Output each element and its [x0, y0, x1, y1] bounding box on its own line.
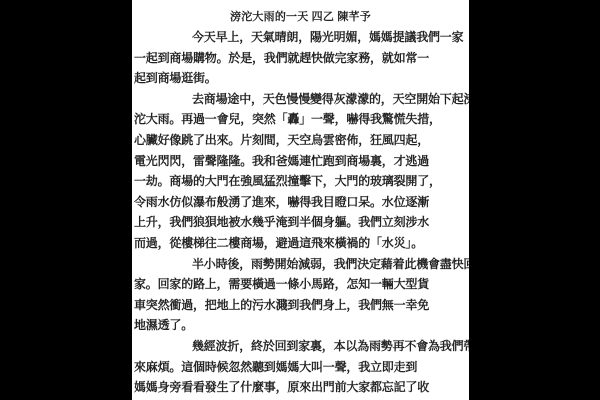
essay-line: 起到商場逛街。	[134, 68, 469, 89]
essay-line: 心臟好像跳了出來。片刻間，天空烏雲密佈，狂風四起，	[134, 130, 469, 151]
essay-line: 去商場途中，天色慢慢變得灰濛濛的，天空開始下起滂	[134, 89, 469, 110]
essay-body: 今天早上，天氣晴朗，陽光明媚，媽媽提議我們一家 一起到商場購物。於是，我們就趕快…	[134, 27, 469, 398]
document-page: 滂沱大雨的一天 四乙 陳芊予 今天早上，天氣晴朗，陽光明媚，媽媽提議我們一家 一…	[132, 0, 469, 400]
essay-line: 而過，從樓梯往二樓商場，避過這飛來橫禍的「水災」。	[134, 233, 469, 254]
essay-line: 來麻煩。這個時候忽然聽到媽媽大叫一聲，我立即走到	[134, 357, 469, 378]
letterbox-right	[469, 0, 600, 400]
essay-line: 一劫。商場的大門在強風猛烈撞擊下，大門的玻璃裂開了，	[134, 171, 469, 192]
essay-line: 地濕透了。	[134, 315, 469, 336]
essay-line: 家。回家的路上，需要橫過一條小馬路，怎知一輛大型貨	[134, 274, 469, 295]
essay-line: 上升，我們狼狽地被水幾乎淹到半個身軀。我們立刻涉水	[134, 212, 469, 233]
essay-line: 電光閃閃，雷聲隆隆。我和爸媽連忙跑到商場裏，才逃過	[134, 151, 469, 172]
essay-line: 半小時後，雨勢開始減弱，我們決定藉着此機會盡快回	[134, 254, 469, 275]
essay-line: 車突然衝過，把地上的污水濺到我們身上，我們無一幸免	[134, 295, 469, 316]
essay-title: 滂沱大雨的一天 四乙 陳芊予	[132, 8, 469, 24]
essay-line: 幾經波折，終於回到家裏，本以為雨勢再不會為我們帶	[134, 336, 469, 357]
image-viewer-canvas: 滂沱大雨的一天 四乙 陳芊予 今天早上，天氣晴朗，陽光明媚，媽媽提議我們一家 一…	[0, 0, 600, 400]
letterbox-left	[0, 0, 132, 400]
essay-line: 媽媽身旁看看發生了什麼事，原來出門前大家都忘記了收	[134, 377, 469, 398]
essay-line: 今天早上，天氣晴朗，陽光明媚，媽媽提議我們一家	[134, 27, 469, 48]
essay-line: 一起到商場購物。於是，我們就趕快做完家務，就如常一	[134, 48, 469, 69]
essay-line: 沱大雨。再過一會兒，突然「轟」一聲，嚇得我驚慌失措，	[134, 109, 469, 130]
essay-line: 令雨水仿似瀑布般湧了進來，嚇得我目瞪口呆。水位逐漸	[134, 192, 469, 213]
